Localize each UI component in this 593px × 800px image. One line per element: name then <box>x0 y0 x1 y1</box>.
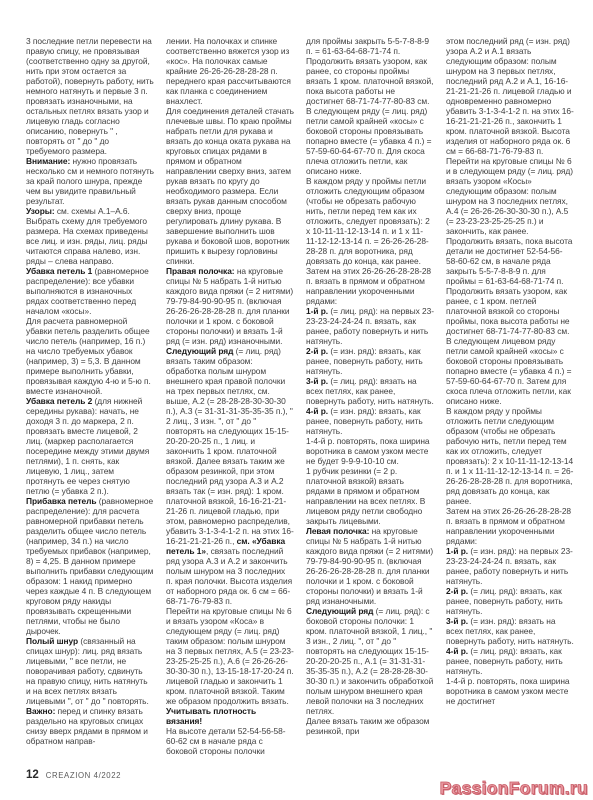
paragraph: Затем на этих 26-26-26-28-28-28 п. вязат… <box>446 506 574 546</box>
paragraph: Узоры: см. схемы А.1–А.6. Выбрать схему … <box>26 206 154 266</box>
body-text: 3 последние петли перевести на правую сп… <box>26 36 154 156</box>
text-columns: 3 последние петли перевести на правую сп… <box>26 36 574 768</box>
paragraph: Следующий ряд (= лиц. ряд) вязать таким … <box>166 346 294 606</box>
paragraph: В каждом ряду у проймы петли отложить сл… <box>306 176 434 306</box>
run-in-heading: Узоры: <box>26 206 55 216</box>
paragraph: Для расчета равномерной убавки петель ра… <box>26 316 154 396</box>
run-in-heading: 2-й р. <box>446 586 468 596</box>
watermark: PassionForum.ru <box>440 778 588 799</box>
paragraph: На высоте детали 52-54-56-58-60-62 см в … <box>166 726 294 756</box>
paragraph: 1-й р. (= лиц. ряд): на первых 23-23-23-… <box>306 306 434 346</box>
paragraph: Внимание: нужно провязать несколько см и… <box>26 156 154 206</box>
paragraph: Перейти на круговые спицы № 6 и вязать у… <box>166 606 294 726</box>
paragraph: В следующем лицевом ряду петли самой кра… <box>446 336 574 406</box>
paragraph: Убавка петель 2 (для нижней середины рук… <box>26 396 154 496</box>
run-in-heading: Левая полочка: <box>306 526 369 536</box>
paragraph: 3-й р. (= лиц. ряд): вязать на всех петл… <box>306 376 434 406</box>
body-text: (= лиц. ряд): с боковой стороны полочки:… <box>306 606 433 716</box>
body-text: (для нижней середины рукава): начать, не… <box>26 396 149 496</box>
run-in-heading: Убавка петель 2 <box>26 396 92 406</box>
paragraph: Перейти на круговые спицы № 6 и в следую… <box>446 156 574 286</box>
body-text: лении. На полочках и спинке соответствен… <box>166 36 291 106</box>
paragraph: 4-й р. (= лиц. ряд): вязать, как ранее, … <box>446 646 574 676</box>
paragraph: Далее вязать таким же образом резинкой, … <box>306 716 434 736</box>
run-in-heading: Прибавка петель <box>26 496 97 506</box>
run-in-heading: Следующий ряд <box>306 606 373 616</box>
run-in-heading: 2-й р. <box>306 346 328 356</box>
paragraph: Убавка петель 1 (равномерное распределен… <box>26 266 154 316</box>
body-text: на круговые спицы № 5 набрать 1-й нитью … <box>166 266 293 346</box>
body-text: 1 рубчик резинки (= 2 р. платочной вязко… <box>306 466 425 526</box>
body-text: На высоте детали 52-54-56-58-60-62 см в … <box>166 726 286 756</box>
run-in-heading: 4-й р. <box>306 406 328 416</box>
run-in-heading: 4-й р. <box>446 646 468 656</box>
body-text: В следующем лицевом ряду петли самой кра… <box>446 336 571 406</box>
paragraph: этом последний ряд (= изн. ряд) узора А.… <box>446 36 574 156</box>
paragraph: Следующий ряд (= лиц. ряд): с боковой ст… <box>306 606 434 716</box>
paragraph: 1-4-й р. повторять, пока ширина воротник… <box>446 676 574 706</box>
paragraph: 1-й р. (= изн. ряд): на первых 23-23-23-… <box>446 546 574 586</box>
body-text: для проймы закрыть 5-5-7-8-8-9 п. = 61-6… <box>306 36 433 176</box>
run-in-heading: Полый шнур <box>26 636 78 646</box>
text-column-4: этом последний ряд (= изн. ряд) узора А.… <box>446 36 574 768</box>
body-text: Затем на этих 26-26-26-28-28-28 п. вязат… <box>446 506 571 546</box>
paragraph: Левая полочка: на круговые спицы № 5 наб… <box>306 526 434 606</box>
paragraph: 2-й р. (= лиц. ряд): вязать, как ранее, … <box>446 586 574 616</box>
run-in-heading: Следующий ряд <box>166 346 233 356</box>
paragraph: Прибавка петель (равномерное распределен… <box>26 496 154 636</box>
body-text: Перейти на круговые спицы № 6 и вязать у… <box>166 606 294 706</box>
run-in-heading: Учитывать плотность вязания! <box>166 706 256 726</box>
body-text: В каждом ряду у проймы петли отложить сл… <box>306 176 431 306</box>
text-column-2: лении. На полочках и спинке соответствен… <box>166 36 294 768</box>
paragraph: 1-4-й р. повторять, пока ширина воротник… <box>306 436 434 466</box>
paragraph: 2-й р. (= изн. ряд): вязать, как ранее, … <box>306 346 434 376</box>
body-text: этом последний ряд (= изн. ряд) узора А.… <box>446 36 574 156</box>
body-text: Для соединения деталей стачать плечевые … <box>166 106 294 266</box>
body-text: (равномерное распределение): для расчета… <box>26 496 153 636</box>
paragraph: Полый шнур (связанный на спицах шнур): л… <box>26 636 154 706</box>
paragraph: 3 последние петли перевести на правую сп… <box>26 36 154 156</box>
run-in-heading: 3-й р. <box>446 616 468 626</box>
run-in-heading: 1-й р. <box>306 306 328 316</box>
body-text: Перейти на круговые спицы № 6 и в следую… <box>446 156 573 286</box>
paragraph: 4-й р. (= изн. ряд): вязать, как ранее, … <box>306 406 434 436</box>
run-in-heading: Убавка петель 1 <box>26 266 92 276</box>
paragraph: Важно: перед и спинку вязать раздельно н… <box>26 706 154 746</box>
body-text: Продолжить вязать узором, как ранее, с 1… <box>446 286 570 336</box>
body-text: Далее вязать таким же образом резинкой, … <box>306 716 429 736</box>
issue-label: CREAZION 4/2022 <box>46 771 121 780</box>
body-text: В каждом ряду у проймы отложить петли сл… <box>446 406 573 506</box>
text-column-1: 3 последние петли перевести на правую сп… <box>26 36 154 768</box>
text-column-3: для проймы закрыть 5-5-7-8-8-9 п. = 61-6… <box>306 36 434 768</box>
paragraph: В каждом ряду у проймы отложить петли сл… <box>446 406 574 506</box>
paragraph: Для соединения деталей стачать плечевые … <box>166 106 294 266</box>
run-in-heading: 1-й р. <box>446 546 468 556</box>
run-in-heading: Важно: <box>26 706 55 716</box>
paragraph: Правая полочка: на круговые спицы № 5 на… <box>166 266 294 346</box>
body-text: 1-4-й р. повторять, пока ширина воротник… <box>446 676 570 706</box>
magazine-page: 3 последние петли перевести на правую сп… <box>0 0 593 800</box>
paragraph: Продолжить вязать узором, как ранее, с 1… <box>446 286 574 336</box>
run-in-heading: 3-й р. <box>306 376 328 386</box>
page-footer: 12 CREAZION 4/2022 <box>26 769 121 781</box>
run-in-heading: Внимание: <box>26 156 70 166</box>
body-text: на круговые спицы № 5 набрать 1-й нитью … <box>306 526 433 606</box>
paragraph: для проймы закрыть 5-5-7-8-8-9 п. = 61-6… <box>306 36 434 176</box>
paragraph: лении. На полочках и спинке соответствен… <box>166 36 294 106</box>
page-number: 12 <box>26 769 39 781</box>
paragraph: 1 рубчик резинки (= 2 р. платочной вязко… <box>306 466 434 526</box>
run-in-heading: Правая полочка: <box>166 266 235 276</box>
paragraph: 3-й р. (= изн. ряд): вязать на всех петл… <box>446 616 574 646</box>
body-text: (связанный на спицах шнур): лиц. ряд вяз… <box>26 636 149 706</box>
body-text: (= лиц. ряд) вязать таким образом: обраб… <box>166 346 294 546</box>
body-text: 1-4-й р. повторять, пока ширина воротник… <box>306 436 430 466</box>
body-text: Для расчета равномерной убавки петель ра… <box>26 316 151 396</box>
